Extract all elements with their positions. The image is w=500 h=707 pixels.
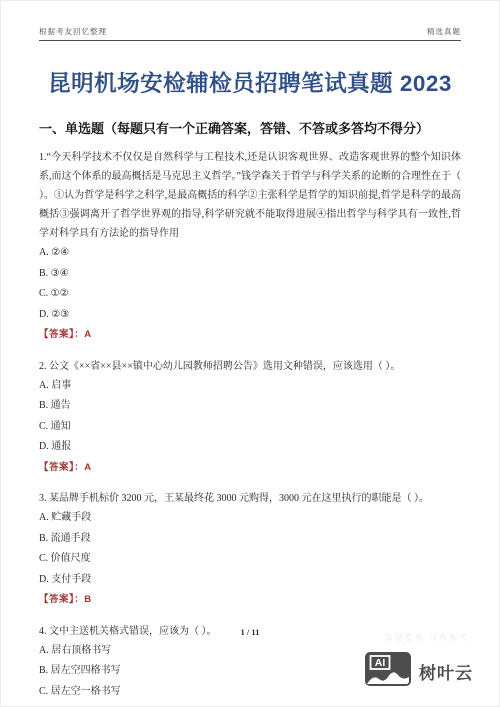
document-header: 根据考友回忆整理 精选真题	[39, 1, 461, 37]
brand-name: 树叶云	[419, 659, 473, 684]
question-text: 1.“今天科学技术不仅仅是自然科学与工程技术,还是认识客观世界、改造客观世界的整…	[39, 148, 461, 243]
question-1: 1.“今天科学技术不仅仅是自然科学与工程技术,还是认识客观世界、改造客观世界的整…	[39, 148, 461, 346]
option-d: D. ②③	[39, 305, 461, 326]
option-c: C. 通知	[39, 417, 461, 438]
answer-line: 【答案】：B	[39, 590, 461, 611]
svg-text:AI: AI	[375, 657, 386, 669]
question-text: 2. 公文《××省××县××镇中心幼儿园教师招聘公告》选用文种错误，应该选用（ …	[39, 357, 461, 376]
watermark: 真题整理 仅供参考 AI 树叶云	[364, 632, 473, 692]
option-b: B. ③④	[39, 264, 461, 285]
option-a: A. ②④	[39, 243, 461, 264]
option-a: A. 贮藏手段	[39, 508, 461, 529]
answer-line: 【答案】：A	[39, 325, 461, 346]
question-text: 3. 某品牌手机标价 3200 元，王某最终花 3000 元购得，3000 元在…	[39, 489, 461, 508]
question-2: 2. 公文《××省××县××镇中心幼儿园教师招聘公告》选用文种错误，应该选用（ …	[39, 357, 461, 479]
option-b: B. 通告	[39, 396, 461, 417]
watermark-faint-text: 真题整理 仅供参考	[364, 632, 469, 643]
question-3: 3. 某品牌手机标价 3200 元，王某最终花 3000 元购得，3000 元在…	[39, 489, 461, 611]
header-left-note: 根据考友回忆整理	[39, 26, 107, 37]
option-b: B. 流通手段	[39, 529, 461, 550]
option-d: D. 支付手段	[39, 570, 461, 591]
ai-image-logo-icon: AI	[364, 651, 412, 692]
option-c: C. ①②	[39, 284, 461, 305]
answer-line: 【答案】：A	[39, 458, 461, 479]
header-right-note: 精选真题	[427, 26, 461, 37]
page-title: 昆明机场安检辅检员招聘笔试真题 2023	[39, 66, 461, 98]
option-a: A. 启事	[39, 376, 461, 397]
document-page: 根据考友回忆整理 精选真题 昆明机场安检辅检员招聘笔试真题 2023 一、单选题…	[0, 0, 500, 707]
option-c: C. 价值尺度	[39, 549, 461, 570]
section-heading: 一、单选题（每题只有一个正确答案，答错、不答或多答均不得分）	[39, 118, 461, 137]
header-divider	[39, 40, 461, 41]
option-d: D. 通报	[39, 437, 461, 458]
